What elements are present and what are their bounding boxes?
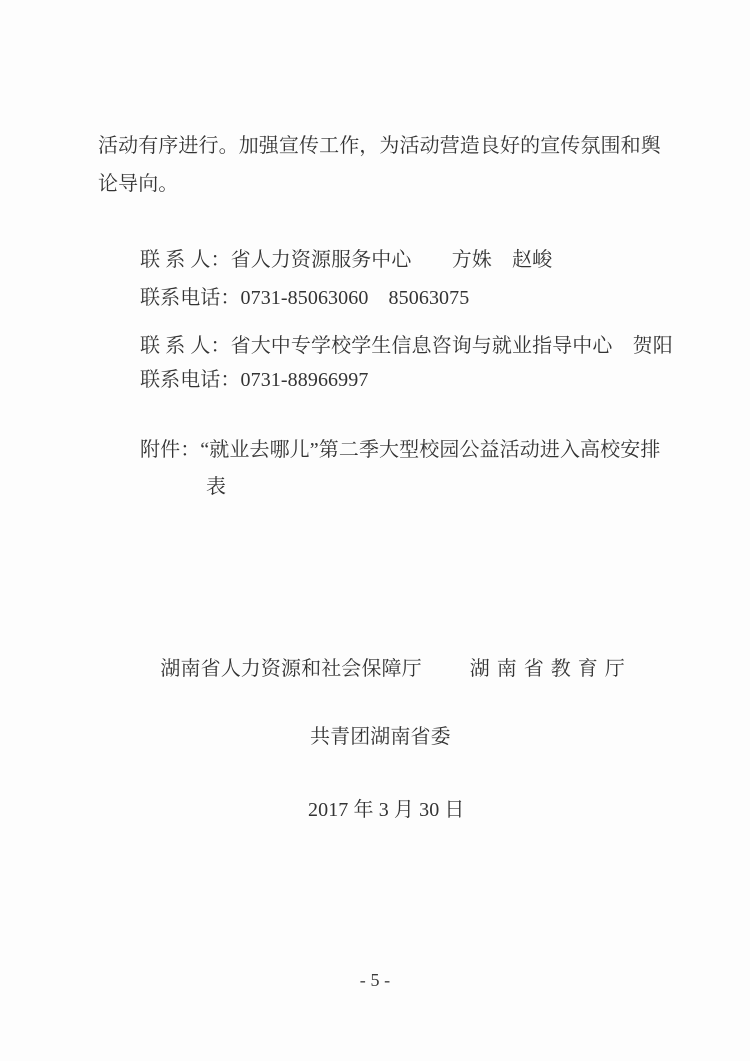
- issue-date: 2017 年 3 月 30 日: [308, 791, 465, 829]
- contact-2-person-line: 联 系 人：省大中专学校学生信息咨询与就业指导中心 贺阳: [140, 327, 673, 365]
- contact-1-person-line: 联 系 人：省人力资源服务中心 方姝 赵峻: [140, 241, 552, 279]
- issuer-line: 湖南省人力资源和社会保障厅湖 南 省 教 育 厅: [140, 612, 626, 726]
- issuer-hrss-label: 湖南省人力资源和社会保障厅: [160, 658, 421, 680]
- paragraph-line-2: 论导向。: [98, 165, 178, 203]
- attachment-line-1: 附件：“就业去哪儿”第二季大型校园公益活动进入高校安排: [140, 431, 660, 469]
- contact-2-phone-line: 联系电话：0731-88966997: [140, 361, 368, 399]
- issuer-education-label: 湖 南 省 教 育 厅: [470, 658, 626, 680]
- document-page: 活动有序进行。加强宣传工作，为活动营造良好的宣传氛围和舆 论导向。 联 系 人：…: [0, 0, 750, 1061]
- paragraph-line-1: 活动有序进行。加强宣传工作，为活动营造良好的宣传氛围和舆: [98, 127, 661, 165]
- issuer-league-line: 共青团湖南省委: [310, 718, 451, 756]
- contact-1-phone-line: 联系电话：0731-85063060 85063075: [140, 279, 469, 317]
- issuer-gap-spacer: [422, 674, 470, 675]
- attachment-line-2: 表: [206, 468, 226, 506]
- page-number: - 5 -: [0, 963, 750, 997]
